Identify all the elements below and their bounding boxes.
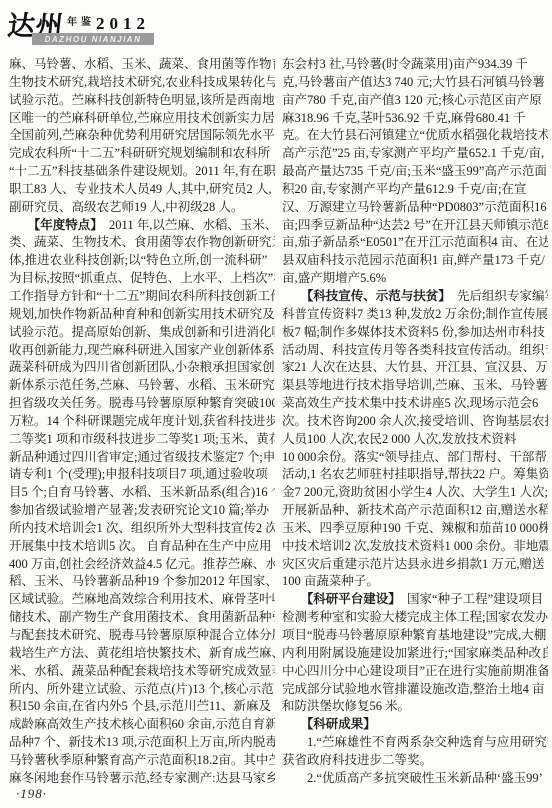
text-line: 东会村3 社,马铃薯(时令蔬菜用)亩产934.39 千 <box>282 56 548 74</box>
text-line: 活动周、科技宣传月等各类科技宣传活动。组织专 <box>282 342 548 360</box>
text-line: 内利用附属设施建设加紧进行;“国家麻类品种改良 <box>282 645 548 663</box>
text-line: 储技术、副产物生产食用菌技术、食用菌新品种引进 <box>9 609 275 627</box>
text-line: 2.“优质高产多抗突破性玉米新品种‘盛玉99’ <box>282 770 548 788</box>
text-line: 麻冬闲地套作马铃薯示范,经专家测产:达县马家乡 <box>9 770 275 788</box>
text-line: 稻、玉米、马铃薯新品种19 个参加2012 年国家、省 <box>9 573 275 591</box>
text-line: 区域试验。苎麻地高效综合利用技术、麻骨茎叶收 <box>9 591 275 609</box>
text-line: 高产示范”25 亩,专家测产平均产量652.1 千克/亩, <box>282 145 548 163</box>
text-line: 与配套技术研究、脱毒马铃薯原原种混合立体分层 <box>9 627 275 645</box>
text-line: 获省政府科技进步二等奖。 <box>282 752 548 770</box>
text-line: 二等奖1 项和市级科技进步二等奖1 项;玉米、黄花 <box>9 431 275 449</box>
text-line: 400 万亩,创社会经济效益4.5 亿元。推荐苎麻、水 <box>9 556 275 574</box>
text-line: 收再创新能力,现苎麻科研进入国家产业创新体系, <box>9 342 275 360</box>
text-line: 请专利1 个(受理);申报科技项目7 项,通过验收项 <box>9 466 275 484</box>
text-line: 积20 亩,专家测产平均产量612.9 千克/亩;在宣 <box>282 181 548 199</box>
text-line: 试验示范。提高原始创新、集成创新和引进消化吸 <box>9 324 275 342</box>
text-line: 体,推进农业科技创新;以“特色立所,创一流科研” <box>9 252 275 270</box>
text-line: 工作指导方针和“十二五”期间农科所科技创新工作 <box>9 288 275 306</box>
text-line: 克。在大竹县石河镇建立“优质水稻强化栽培技术 <box>282 127 548 145</box>
text-line: 完成部分试验地水管排灌设施改造,整治土地4 亩 <box>282 681 548 699</box>
text-line: 目5 个;自育马铃薯、水稻、玉米新品系(组合)16 个 <box>9 484 275 502</box>
text-line: 亩,茄子新品系“E0501”在开江示范面积4 亩、在达 <box>282 234 548 252</box>
text-line: 亩,盛产期增产5.6% <box>282 270 548 288</box>
text-line: 全国前列,苎麻杂种优势利用研究居国际领先水平。 <box>9 127 275 145</box>
text-line: 检测考种室和实验大楼完成主体工程;国家农发办 <box>282 609 548 627</box>
page-number: ·198· <box>16 786 47 802</box>
text-line: 人员100 人次,农民2 000 人次,发放技术资料 <box>282 431 548 449</box>
text-line: 规划,加快作物新品种育种和创新实用技术研究及 <box>9 306 275 324</box>
text-line: 亩产780 千克,亩产值3 120 元;核心示范区亩产原 <box>282 92 548 110</box>
text-line: 10 000余份。落实“领导挂点、部门帮村、干部帮户” <box>282 449 548 467</box>
text-line: 所内技术培训会1 次、组织所外大型科技宣传2 次、 <box>9 520 275 538</box>
text-line: 马铃薯秋季原种繁育高产示范面积18.2亩。其中苎 <box>9 752 275 770</box>
text-line: 菜高效生产技术集中技术讲座5 次,现场示范会6 <box>282 395 548 413</box>
text-line: 蔬菜科研成为四川省创新团队,小杂粮承担国家创 <box>9 359 275 377</box>
text-line: 100 亩蔬菜种子。 <box>282 573 548 591</box>
text-line: 麻、马铃薯、水稻、玉米、蔬菜、食用菌等作物育种和 <box>9 56 275 74</box>
masthead: 达州 年鉴 2012 DAZHOU NIANJIAN <box>8 2 248 48</box>
text-line: 【年度特点】 2011 年,以苎麻、水稻、玉米、薯 <box>9 217 275 235</box>
text-line: 【科技宣传、示范与扶贫】 先后组织专家编写 <box>282 288 548 306</box>
text-line: 副研究员、高级农艺师19 人,中初级28 人。 <box>9 199 275 217</box>
text-line: 职工83 人、专业技术人员49 人,其中,研究员2 人, <box>9 181 275 199</box>
text-line: 家21 人次在达县、大竹县、开江县、宣汉县、万源市、 <box>282 359 548 377</box>
text-line: 开展集中技术培训5 次。 自育品种在生产中应用 <box>9 538 275 556</box>
text-line: 品种7 个、新技术13 项,示范面积上万亩,所内脱毒 <box>9 734 275 752</box>
text-line: “十二五”科技基础条件建设规划。2011 年,有在职 <box>9 163 275 181</box>
text-line: 次。技术咨询200 余人次,接受培训、咨询基层农技 <box>282 413 548 431</box>
text-line: 项目“脱毒马铃薯原原种繁育基地建设”完成,大棚 <box>282 627 548 645</box>
text-line: 最高产量达735 千克/亩;玉米“盛玉99”高产示范面 <box>282 163 548 181</box>
text-line: 麻318.96 千克,茎叶536.92 千克,麻骨680.41 千 <box>282 110 548 128</box>
yearbook-scanned-page: 达州 年鉴 2012 DAZHOU NIANJIAN 麻、马铃薯、水稻、玉米、蔬… <box>0 0 552 808</box>
text-line: 科普宣传资料7 类13 种,发放2 万余份;制作宣传展 <box>282 306 548 324</box>
left-column: 麻、马铃薯、水稻、玉米、蔬菜、食用菌等作物育种和生物技术研究,栽培技术研究,农业… <box>9 56 275 788</box>
logo-year-text: 2012 <box>96 14 150 34</box>
logo-gray-bar: DAZHOU NIANJIAN <box>32 33 154 45</box>
text-line: 1.“苎麻雄性不育两系杂交种选育与应用研究” <box>282 734 548 752</box>
logo-english-text: DAZHOU NIANJIAN <box>45 35 142 44</box>
right-column: 东会村3 社,马铃薯(时令蔬菜用)亩产934.39 千克,马铃薯亩产值达3 74… <box>282 56 548 788</box>
text-line: 万粒。14 个科研课题完成年度计划,获省科技进步 <box>9 413 275 431</box>
text-line: 【科研平台建设】 国家“种子工程”建设项目 <box>282 591 548 609</box>
text-line: 生物技术研究,栽培技术研究,农业科技成果转化与 <box>9 74 275 92</box>
text-line: 活动,1 名农艺师驻村挂职指导,帮扶22 户。筹集资 <box>282 466 548 484</box>
text-line: 成龄麻高效生产技术核心面积60 余亩,示范自育新 <box>9 716 275 734</box>
text-line: 【科研成果】 <box>282 716 548 734</box>
text-line: 克,马铃薯亩产值达3 740 元;大竹县石河镇马铃薯 <box>282 74 548 92</box>
logo-nianjian-text: 年鉴 <box>67 13 95 28</box>
text-line: 玉米、四季豆原种190 千克、辣椒和茄苗10 000株;集 <box>282 520 548 538</box>
text-line: 米、水稻、蔬菜品种配套栽培技术等研究成效显著, <box>9 663 275 681</box>
text-line: 新品种通过四川省审定;通过省级技术鉴定7 个;申 <box>9 449 275 467</box>
text-line: 中心四川分中心建设项目”正在进行实施前期准备。 <box>282 663 548 681</box>
text-line: 为目标,按照“抓重点、促特色、上水平、上档次”科研 <box>9 270 275 288</box>
text-line: 完成农科所“十二五”科研研究规划编制和农科所 <box>9 145 275 163</box>
text-line: 类、蔬菜、生物技术、食用菌等农作物创新研究为主 <box>9 234 275 252</box>
text-line: 栽培生产方法、黄花组培快繁技术、新育成苎麻、玉 <box>9 645 275 663</box>
text-line: 试验示范。苎麻科技创新特色明显,该所是西南地 <box>9 92 275 110</box>
text-line: 亩;四季豆新品种“达芸2 号”在开江县天师镇示范8 <box>282 217 548 235</box>
text-line: 灾区灾后重建示范片达县永进乡捐款1 万元,赠送 <box>282 556 548 574</box>
text-line: 中技术培训2 次,发放技术资料1 000 余份。非地震 <box>282 538 548 556</box>
text-line: 板7 幅;制作多媒体技术资料5 份,参加达州市科技 <box>282 324 548 342</box>
text-line: 参加省级试验增产显著;发表研究论文10 篇;举办 <box>9 502 275 520</box>
text-line: 和防洪堡坎修复56 米。 <box>282 698 548 716</box>
text-line: 县双庙科技示范园示范面积1 亩,鲜产量173 千克/ <box>282 252 548 270</box>
text-line: 金7 200元,资助贫困小学生4 人次、大学生1 人次; <box>282 484 548 502</box>
text-line: 区唯一的苎麻科研单位,苎麻应用技术创新实力居 <box>9 110 275 128</box>
text-line: 担省级攻关任务。脱毒马铃薯原原种繁育突破100 <box>9 395 275 413</box>
text-line: 开展新品种、新技术高产示范面积12 亩,赠送水稻、 <box>282 502 548 520</box>
text-line: 积150 余亩,在省内外5 个县,示范川苎11、新麻及 <box>9 698 275 716</box>
text-line: 所内、所外建立试验、示范点(片)13 个,核心示范面 <box>9 681 275 699</box>
text-line: 新体系示范任务,苎麻、马铃薯、水稻、玉米研究均承 <box>9 377 275 395</box>
text-line: 渠县等地进行技术指导培训,苎麻、玉米、马铃薯、蔬 <box>282 377 548 395</box>
text-line: 汉、万源建立马铃薯新品种“PD0803”示范面积16 <box>282 199 548 217</box>
